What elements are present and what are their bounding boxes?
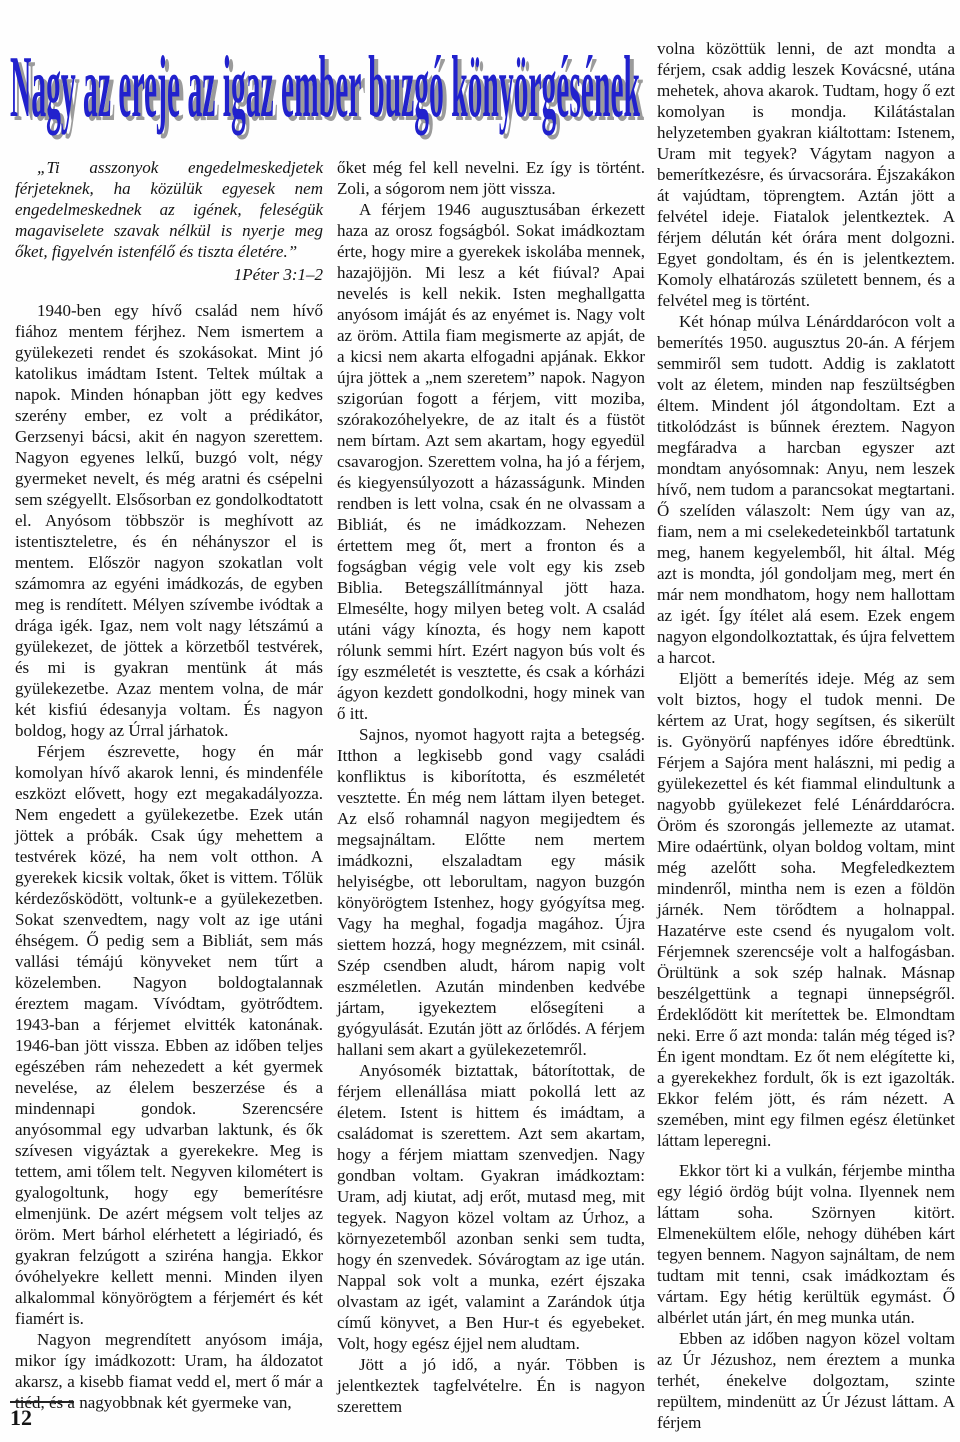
text-column-1: „Ti asszonyok engedelmeskedjetek férjete… — [15, 157, 323, 1413]
title-art: Nagy az ereje az igaz ember buzgó könyör… — [6, 28, 651, 142]
magazine-page: Nagy az ereje az igaz ember buzgó könyör… — [0, 0, 960, 1442]
scripture-reference: 1Péter 3:1–2 — [15, 264, 323, 285]
paragraph-continuation: őket még fel kell nevelni. Ez így is tör… — [337, 157, 645, 199]
scripture-quote: „Ti asszonyok engedelmeskedjetek férjete… — [15, 157, 323, 262]
page-footer: 12 — [10, 1401, 74, 1430]
paragraph: A férjem 1946 augusztusában érkezett haz… — [337, 199, 645, 724]
page-number: 12 — [10, 1406, 74, 1430]
paragraph: Eljött a bemerítés ideje. Még az sem vol… — [657, 668, 955, 1151]
text-column-2: őket még fel kell nevelni. Ez így is tör… — [337, 157, 645, 1417]
paragraph-continuation: volna közöttük lenni, de azt mondta a fé… — [657, 38, 955, 311]
paragraph: Két hónap múlva Lénárddarócon volt a bem… — [657, 311, 955, 668]
paragraph: 1940-ben egy hívő család nem hívő fiához… — [15, 300, 323, 741]
text-column-3: volna közöttük lenni, de azt mondta a fé… — [657, 38, 955, 1433]
footer-rule — [10, 1401, 74, 1403]
paragraph: Férjem észrevette, hogy én már komolyan … — [15, 741, 323, 1329]
paragraph: Jött a jó idő, a nyár. Többen is jelentk… — [337, 1354, 645, 1417]
paragraph: Ekkor tört ki a vulkán, férjembe mintha … — [657, 1160, 955, 1328]
paragraph: Sajnos, nyomot hagyott rajta a betegség.… — [337, 724, 645, 1060]
article-title-text: Nagy az ereje az igaz ember buzgó könyör… — [10, 39, 640, 136]
paragraph: Ebben az időben nagyon közel voltam az Ú… — [657, 1328, 955, 1433]
article-title: Nagy az ereje az igaz ember buzgó könyör… — [6, 28, 651, 142]
paragraph: Anyósomék biztattak, bátorítottak, de fé… — [337, 1060, 645, 1354]
